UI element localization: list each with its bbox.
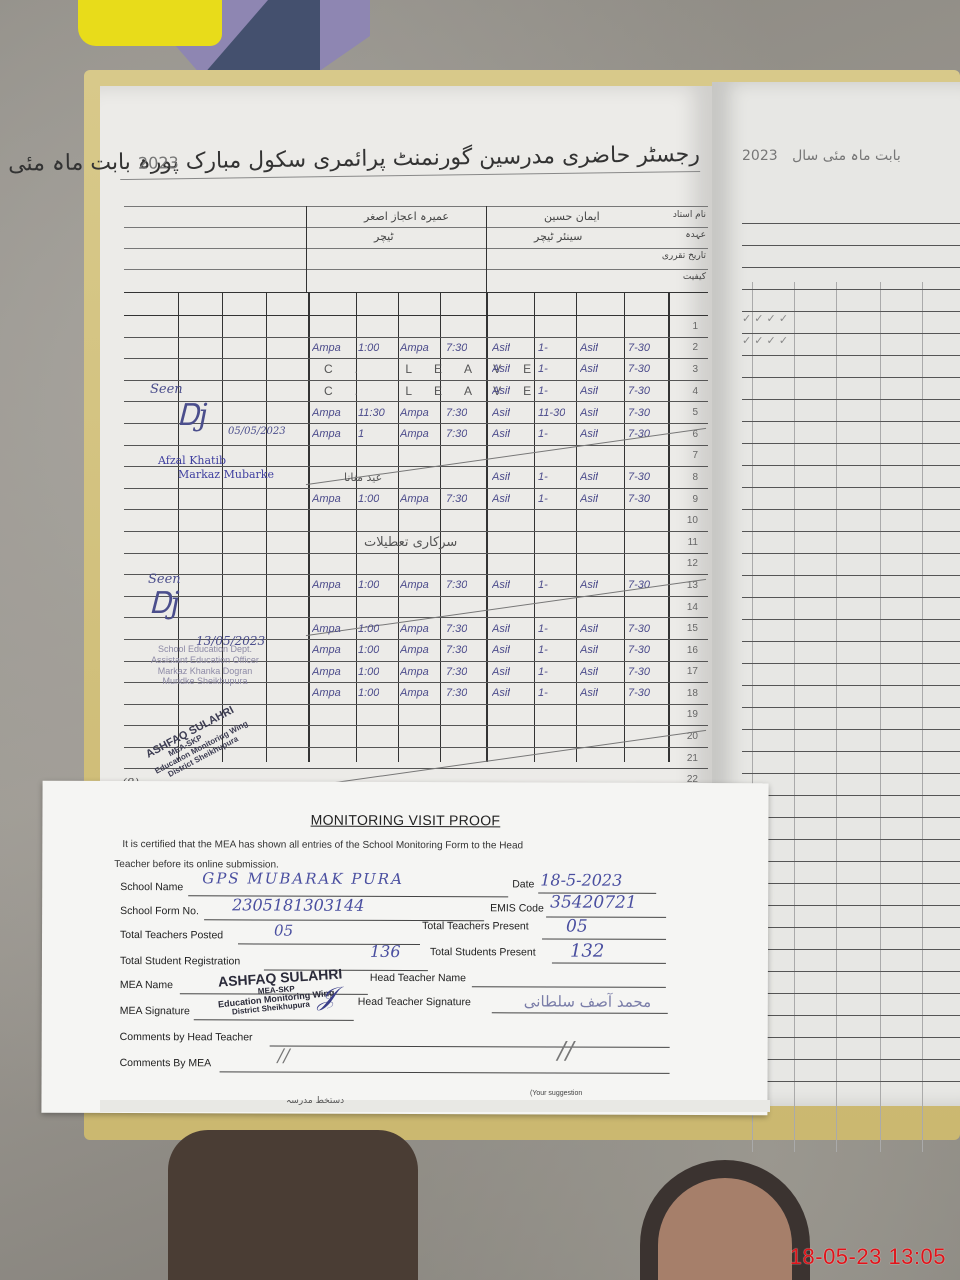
- table-row: C. LEAVE Asif 1- Asif 7-30 3: [124, 359, 708, 381]
- header-label-remarks: کیفیت: [683, 272, 706, 282]
- signature-2: Ꭰj: [150, 586, 180, 621]
- seen-note-2: Seen: [148, 572, 181, 587]
- comments-head-teacher-label: Comments by Head Teacher: [120, 1031, 253, 1043]
- visit-date-1: 05/05/2023: [228, 426, 286, 437]
- table-row-crossed: 14: [124, 597, 708, 619]
- mea-signature: 𝒥: [318, 982, 336, 1013]
- yellow-object: [78, 0, 222, 46]
- date-value: 18-5-2023: [540, 870, 622, 889]
- comments-mea-label: Comments By MEA: [120, 1057, 212, 1069]
- total-teachers-present-label: Total Teachers Present: [422, 920, 529, 932]
- proof-title: MONITORING VISIT PROOF: [42, 811, 768, 830]
- signature-1: Ꭰj: [178, 398, 208, 433]
- total-teachers-posted-value: 05: [274, 922, 293, 940]
- teacher-2-name: ایمان حسین: [544, 210, 600, 223]
- suggestion-label: (Your suggestion: [530, 1090, 582, 1097]
- total-teachers-present-value: 05: [566, 917, 588, 937]
- table-row: C. LEAVE Asif 1- Asif 7-30 4: [124, 381, 708, 403]
- date-label: Date: [512, 878, 534, 890]
- comments-mea-value: //: [278, 1046, 290, 1067]
- total-students-present-value: 132: [570, 941, 604, 962]
- table-row: Ampa 11:30 Ampa 7:30 Asif 11-30 Asif 7-3…: [124, 402, 708, 424]
- total-student-registration-value: 136: [370, 942, 401, 961]
- table-row: Ampa 1 Ampa 7:30 Asif 1- Asif 7-30 6: [124, 424, 708, 446]
- table-row: Ampa 1:00 Ampa 7:30 Asif 1- Asif 7-30 9: [124, 489, 708, 511]
- total-teachers-posted-label: Total Teachers Posted: [120, 929, 223, 941]
- ledger-bottom-strip: دستخط مدرسہ (Your suggestion: [100, 1100, 770, 1112]
- register-title-year: 2023: [138, 153, 179, 173]
- head-teacher-signature: محمد آصف سلطانی: [524, 992, 651, 1010]
- right-page-title: 2023 بابت ماہ مئی سال: [742, 148, 901, 164]
- header-label-designation: عہدہ: [685, 230, 706, 240]
- grid-header-row: [124, 292, 708, 316]
- school-form-no-label: School Form No.: [120, 905, 199, 917]
- mea-signature-label: MEA Signature: [120, 1005, 190, 1017]
- table-row: Ampa 1:00 Ampa 7:30 Asif 1- Asif 7-30 2: [124, 338, 708, 360]
- header-label-appointment: تاریخ تقرری: [662, 251, 706, 261]
- teacher-2-designation: سینئر ٹیچر: [534, 230, 582, 243]
- seen-note-1: Seen: [150, 382, 183, 397]
- bottom-urdu-label: دستخط مدرسہ: [286, 1096, 344, 1106]
- total-student-registration-label: Total Student Registration: [120, 955, 240, 967]
- register-title-text: رجسٹر حاضری مدرسین گورنمنٹ پرائمری سکول …: [0, 142, 700, 177]
- monitoring-visit-proof-card: MONITORING VISIT PROOF It is certified t…: [41, 781, 768, 1116]
- teacher-1-designation: ٹیچر: [374, 230, 394, 243]
- school-name-value: GPS MUBARAK PURA: [202, 869, 404, 888]
- table-row: 1: [124, 316, 708, 338]
- header-label-name: نام استاد: [673, 210, 706, 220]
- foot-left: [168, 1130, 418, 1280]
- photo-timestamp-overlay: 18-05-23 13:05: [790, 1244, 946, 1270]
- head-teacher-signature-label: Head Teacher Signature: [358, 996, 471, 1008]
- teacher-1-name: عمیرہ اعجاز اصغر: [364, 210, 449, 223]
- school-form-no-value: 2305181303144: [232, 895, 364, 914]
- emis-code-label: EMIS Code: [490, 902, 544, 914]
- school-name-label: School Name: [120, 881, 183, 893]
- emis-code-value: 35420721: [550, 893, 637, 913]
- aeo-stamp: School Education Dept. Assistant Educati…: [130, 644, 280, 687]
- right-page-grid: ✓ ✓ ✓ ✓✓ ✓ ✓ ✓: [742, 202, 960, 1082]
- table-row: 10: [124, 510, 708, 532]
- teacher-header-block: عمیرہ اعجاز اصغر ٹیچر ایمان حسین سینئر ٹ…: [124, 206, 708, 292]
- head-teacher-name-label: Head Teacher Name: [370, 972, 466, 984]
- table-row: 12: [124, 554, 708, 576]
- table-row: سرکاری تعطیلات 11: [124, 532, 708, 554]
- table-row: Ampa 1:00 Ampa 7:30 Asif 1- Asif 7-30 13: [124, 575, 708, 597]
- register-title: رجسٹر حاضری مدرسین گورنمنٹ پرائمری سکول …: [120, 142, 700, 180]
- comments-head-teacher-value: //: [558, 1037, 574, 1065]
- mea-name-label: MEA Name: [120, 979, 173, 991]
- total-students-present-label: Total Students Present: [430, 946, 536, 958]
- officer-stamp-1: Afzal Khatib Markaz Mubarke: [158, 454, 274, 483]
